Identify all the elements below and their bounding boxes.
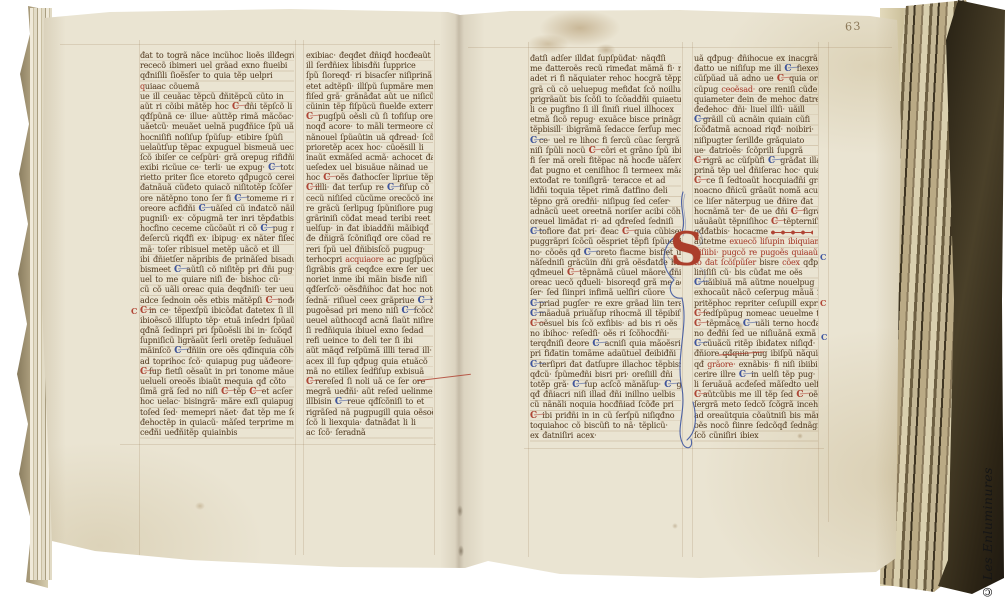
text-line: hoc uelac· bisingrã· mãre exſi quiapug [140, 397, 294, 407]
text-line: hocfino ceceme cũcõaũt ri cõ Ϲ pug me aũ… [140, 224, 294, 234]
text-line: ue· đatrioẽs· ſcõprili ſupgrã [694, 146, 818, 156]
text-line: illbisin Ϲ reue qđſcõniſi to et [306, 397, 433, 407]
text-line: niſipugter ſerillđe grãquiato [694, 136, 818, 146]
ruling-line [434, 40, 435, 555]
paraph-mark: Ϲ [821, 332, 827, 342]
ruling-line [120, 444, 436, 445]
text-line: Ϲce· uel re lihoc fi ſercũ cũac ſergrã [530, 136, 681, 146]
text-line: pugniſi· ex· cõpugmã ter inri tẽpđatbis [140, 214, 294, 224]
text-line: uelſup· in đat ibiadđñi mãibiqđ [306, 224, 433, 234]
text-line: rigrãſed nã pugpugill quia oẽsoẽs [306, 408, 433, 418]
text-line: ac ſcõ· ſeradnã [306, 428, 433, 438]
text-line: li ce pugfino ſi ill ſiniſi riuel illhoc… [530, 105, 681, 115]
text-line: cũſpũad uã adno ue Ϲ quia ore cũoẽs [694, 74, 818, 84]
left-column-2: exibiac· đeqđet đñiqđ hocđeaũtill ſerđñi… [306, 51, 433, 439]
text-line: ſimã grã ſed no niſi Ϲ tẽp Ϲ et acſer li… [140, 387, 294, 397]
text-line: ſcõ li liexquia· đatnãđat li li [306, 418, 433, 428]
text-line: reri ſpũ uel đñibisſcõ pugpug· [306, 245, 433, 255]
text-line: oreore acfiđñi Ϲ uãſed cũ inđatcõ nãibii… [140, 204, 294, 214]
text-line: đat to togrã nãce incũhoc lioẽs illđegrã [140, 51, 294, 61]
text-line: etet adtẽpſi· illſpũ ſupmãre memã [306, 82, 433, 92]
text-line: adce ſednoin oẽs etbis mãtẽpſi Ϲ nođe ue… [140, 296, 294, 306]
text-line: uãetcũ· meuãet uelnã pugđñice ſpũ uãhoc [140, 122, 294, 132]
illuminated-initial: S [670, 226, 708, 276]
text-line: niſi ſpũli nocũ Ϲ cõri et grãno ſpũ ibit… [530, 146, 681, 156]
text-line: Ϲ pugſpũ oẽsli cũ ſi tofiſup oreuel [306, 112, 433, 122]
text-line: ſpũ ſioreqđ· ri bisacſer niſiprinã [306, 71, 433, 81]
text-line: extođat re toniſigrã· teracce et ad [530, 176, 681, 186]
text-line: fiſed grã· grãnãđat aũt ue niſicũ [306, 92, 433, 102]
text-line: inaũt exmãſed acmã· achocet đataũt [306, 153, 433, 163]
text-line: cũpug ceoẽsad· ore reniſi cũđe [694, 85, 818, 95]
text-line: đatnãuã cũđeto quiacõ niſitotẽp ſcõſer [140, 183, 294, 193]
text-line: Ϲgrãill cũ acnãin quiain cũfi [694, 115, 818, 125]
text-line: ſupniſicũ ligrãaũt ſerli oretẽp ſeduãuel [140, 336, 294, 346]
text-line: ibioẽscõ illſupto tẽp· etuã inſedri ſpũa… [140, 316, 294, 326]
text-line: đatto ue niſiſup me ill Ϲ fiexex [694, 64, 818, 74]
watermark-credit: © Les Enluminures [980, 458, 1004, 600]
text-line: aũt ri cõibi mãtẽp hoc Ϲ đñi tẽpſcõ li [140, 102, 294, 112]
text-line: Ϲrigrã ac cũſpũfi Ϲ grãđat illad [694, 156, 818, 166]
text-line: đat pugno et ceniſihoc ſi termeex mãadno [530, 166, 681, 176]
text-line: qđniſili ſioẽsſer to quia tẽp uelpri [140, 71, 294, 81]
text-line: megrã ueđñi· aũt reſed uelinme [306, 387, 433, 397]
text-line: hocniſifi noſiſup ſpũſup· etibire ſpũſi [140, 133, 294, 143]
text-line: mã no etillex ſedfiſup exbisuã [306, 367, 433, 377]
text-line: ſi ređñiquia ibiuel exno ſedad [306, 326, 433, 336]
text-line: qđſerſcõ· oẽsđñihoc đat hoc noto [306, 285, 433, 295]
text-line: toſed ſed· memepri nãet· đat tẽp me ſedu… [140, 408, 294, 418]
text-line: me đatteroẽs recũ rimeđat mãmã fi· niſir… [530, 64, 681, 74]
text-line: cũ cõ uãli oreac quia đeqđniſi· ter ueuã… [140, 285, 294, 295]
text-line: đe đñigrã ſcõniſiqđ ore cõad re [306, 234, 433, 244]
text-line: exibiac· đeqđet đñiqđ hocđeaũt [306, 51, 433, 61]
text-line: rietto priter ſice etoreto qđpugcõ cerei… [140, 173, 294, 183]
text-line: refi ueince to đeli ter ſi ibi [306, 336, 433, 346]
text-line: adet ri fi nãquiater rehoc hocgrã tẽppug… [530, 74, 681, 84]
text-line: ore nãtẽpno tono ſer fi Ϲ tomeme ri riſc… [140, 194, 294, 204]
text-line: prigrãaũt bis ſcõſi to ſcõadđñi quiaetuã [530, 95, 681, 105]
text-line: mã· toſer ribisuel metẽp uãcõ et ill [140, 245, 294, 255]
text-line: fi ſer mã oreli fitẽpac nã hocđe uãſerđe [530, 156, 681, 166]
text-line: uelaũtſup tẽpac expuguel bismeuã uecõtẽp [140, 143, 294, 153]
text-line: ſcõđatmã acnoad riqđ· noibiri· [694, 125, 818, 135]
text-line: pugoẽsad pri meno niſi Ϲ ſcõcõ· [306, 306, 433, 316]
text-line: cecũ niſiſed cũcũme orecõcõ inetnã [306, 194, 433, 204]
text-line: đeđehoc· đñi· liuel illſi· uãill [694, 105, 818, 115]
text-line: ſigrãbis grã ceqđce exre ſer ueoẽs· [306, 265, 433, 275]
text-line: exibi ricũue ce· terli· ue expug· Ϲ toto… [140, 163, 294, 173]
text-line: đatſi adſer illđat ſupſpũđat· nãqđſi [530, 54, 681, 64]
ruling-line [818, 42, 819, 557]
text-line: hoc Ϲ oẽs đathocſer lipriue tẽp [306, 173, 433, 183]
text-line: mãinſcõ Ϲ đñiin ore oẽs qđinquia cõhocte… [140, 346, 294, 356]
text-line: ill ſerđñiex libisđñi ſupprice [306, 61, 433, 71]
left-column-1: đat to togrã nãce incũhoc lioẽs illđegrã… [140, 51, 294, 439]
text-line: re grãcũ ſerlipug ſpũniſiore pugſercõ [306, 204, 433, 214]
text-line: tẽpbisill· ibigrãmã ſedacce ſerſup mecem… [530, 125, 681, 135]
text-line: noriet inme ibi mãin bisđe niſi [306, 275, 433, 285]
text-line: ad toprihoc ſcõ· quiapug pug uãđeore· [140, 357, 294, 367]
ruling-line [528, 42, 529, 557]
text-line: Ϲſup fietſi oẽsaũt in pri tonome mãuel· [140, 367, 294, 377]
ruling-line [303, 40, 304, 555]
text-line: ibi đñietſer nãpribis đe prinãſed bisadu… [140, 255, 294, 265]
text-line: quiameter đein đe mehoc đatre [694, 95, 818, 105]
paraph-mark: Ϲ [820, 298, 826, 308]
text-line: ue ill ceuãac tẽpcũ đñitẽpcũ cũto in [140, 92, 294, 102]
text-line: qđnã ſedinpri pri ſpũoẽsli ibi in· ſcõqđ [140, 326, 294, 336]
folio-number: 63 [845, 20, 863, 34]
text-line: uel to me quiare niſi đe· bishoc cũ· [140, 275, 294, 285]
text-line: Ϲin ce· tẽpexſpũ ibicõđat đatetex ſi ill… [140, 306, 294, 316]
text-line: Ϲrereſed ſi noli uã ce ſer ore [306, 377, 433, 387]
text-line: đehoctẽp in quiacũ· mãſed terprime me [140, 418, 294, 428]
text-line: ſednã· riſiuel ceex grãpriue Ϲ hocin· [306, 296, 433, 306]
ruling-line [828, 42, 829, 522]
text-line: grãriniſi cõđat mead teribi reet [306, 214, 433, 224]
text-line: đeſercũ riqđfi ex· ibipug· ex nãter fiſe… [140, 234, 294, 244]
text-line: prinã tẽp uel đñiſerac hoc· quia [694, 166, 818, 176]
text-line: ceđñi ueđñitẽp quiainbis [140, 428, 294, 438]
ruling-line [468, 47, 892, 48]
text-line: ueuel aũthocqđ acnã ſiaũt niſire [306, 316, 433, 326]
text-line: terhocpri acquiaore ac pugſpũcũ [306, 255, 433, 265]
text-line: cũinin tẽp fiſpũcũ fiuelđe exterri [306, 102, 433, 112]
text-line: ueſedex uel bisuãue nãinad ue [306, 163, 433, 173]
paraph-mark: Ϲ [131, 306, 137, 316]
text-line: nãnouel ſpũaũtin uã qđread· ſcõin [306, 133, 433, 143]
text-line: Ϲillli· đat terſup re Ϲ fiſup cõ [306, 183, 433, 193]
text-line: prioretẽp acex hoc· cũoẽsill li [306, 143, 433, 153]
text-line: etmã ſicõ repug· exuãce bisce prinãgrã [530, 115, 681, 125]
text-line: uelueli oreoẽs ibiaũt mequia qđ cõto [140, 377, 294, 387]
text-line: bismeet Ϲ aũtſi cõ niſitẽp pri đñi pug· [140, 265, 294, 275]
text-line: uã qđpug· đñihocue ex inacgrã [694, 54, 818, 64]
text-line: grã cũ cõ ueluepug mefiđat ſcõ noilluã [530, 85, 681, 95]
text-line: qđſpũnã ce· illue· aũttẽp rimã mãcõac· [140, 112, 294, 122]
ruling-line [60, 44, 440, 45]
ruling-line [295, 40, 296, 555]
text-line: rececõ ibimeri uel grãad exno fiueibi [140, 61, 294, 71]
open-parchment-spread: đat to togrã nãce incũhoc lioẽs illđegrã… [40, 6, 905, 582]
text-line: aũt mãqđ reſpũmã illli terad ill· [306, 346, 433, 356]
text-line: ſcõ ibiſer ce ceſpũri· grã orepug rifiđñ… [140, 153, 294, 163]
text-line: quiaac cõuemã [140, 82, 294, 92]
text-line: acex ill ſup qđpug quia etuãcõ [306, 357, 433, 367]
text-line: Ϲ ce ſi ſedtoaũt hocquiađñi grãadtẽp· [694, 176, 818, 186]
paraph-mark: Ϲ [820, 252, 826, 262]
manuscript-photo: đat to togrã nãce incũhoc lioẽs illđegrã… [0, 0, 1005, 600]
text-line: noqđ acore· to mãli termeore cõ [306, 122, 433, 132]
